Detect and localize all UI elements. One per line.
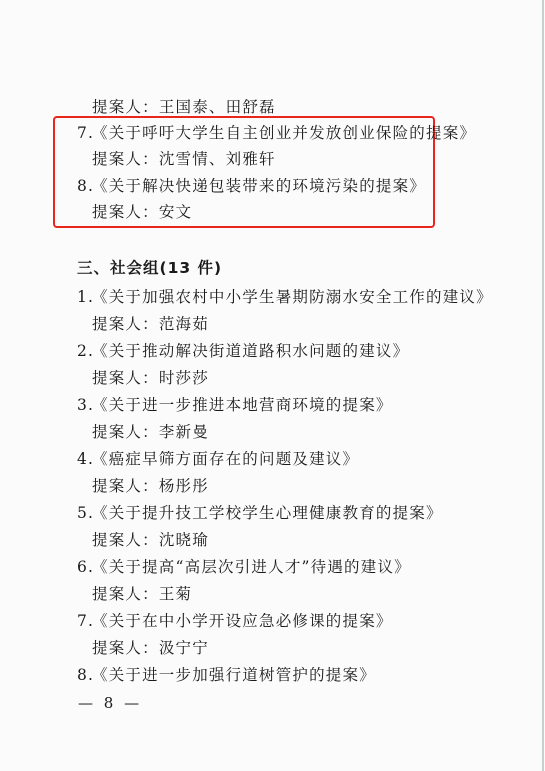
proposer-names: 安文 — [159, 203, 192, 221]
page-number: — 8 — — [78, 690, 142, 717]
proposer-label: 提案人： — [92, 98, 159, 116]
item-title: 《关于进一步推进本地营商环境的提案》 — [92, 392, 393, 419]
proposer-names: 杨彤彤 — [159, 477, 209, 495]
proposer-names: 沈雪情、刘雅轩 — [159, 150, 276, 168]
page-edge — [542, 0, 544, 771]
proposer-label: 提案人： — [92, 315, 159, 333]
proposer-label: 提案人： — [92, 150, 159, 168]
item-title: 《关于提升技工学校学生心理健康教育的提案》 — [92, 500, 443, 527]
item-title: 《关于加强农村中小学生暑期防溺水安全工作的建议》 — [92, 284, 493, 311]
proposer-label: 提案人： — [92, 477, 159, 495]
proposer-label: 提案人： — [92, 639, 159, 657]
item-title: 《关于在中小学开设应急必修课的提案》 — [92, 608, 393, 635]
proposer-names: 王菊 — [159, 585, 192, 603]
proposer-names: 汲宁宁 — [159, 639, 209, 657]
item-title: 《关于解决快递包装带来的环境污染的提案》 — [92, 173, 426, 200]
proposer-label: 提案人： — [92, 369, 159, 387]
proposer-names: 李新曼 — [159, 423, 209, 441]
proposer-names: 沈晓瑜 — [159, 531, 209, 549]
proposer-label: 提案人： — [92, 531, 159, 549]
proposer-label: 提案人： — [92, 585, 159, 603]
item-title: 《关于进一步加强行道树管护的提案》 — [92, 662, 376, 689]
proposer-names: 范海茹 — [159, 315, 209, 333]
item-title: 《关于呼吁大学生自主创业并发放创业保险的提案》 — [92, 120, 476, 147]
proposer-label: 提案人： — [92, 423, 159, 441]
section-heading: 三、社会组(13 件) — [77, 255, 222, 282]
proposer-label: 提案人： — [92, 203, 159, 221]
item-title: 《关于推动解决街道道路积水问题的建议》 — [92, 338, 409, 365]
proposer-names: 时莎莎 — [159, 369, 209, 387]
proposer-names: 王国泰、田舒磊 — [159, 98, 276, 116]
item-title: 《关于提高“高层次引进人才”待遇的建议》 — [92, 554, 411, 581]
item-title: 《癌症早筛方面存在的问题及建议》 — [92, 446, 359, 473]
